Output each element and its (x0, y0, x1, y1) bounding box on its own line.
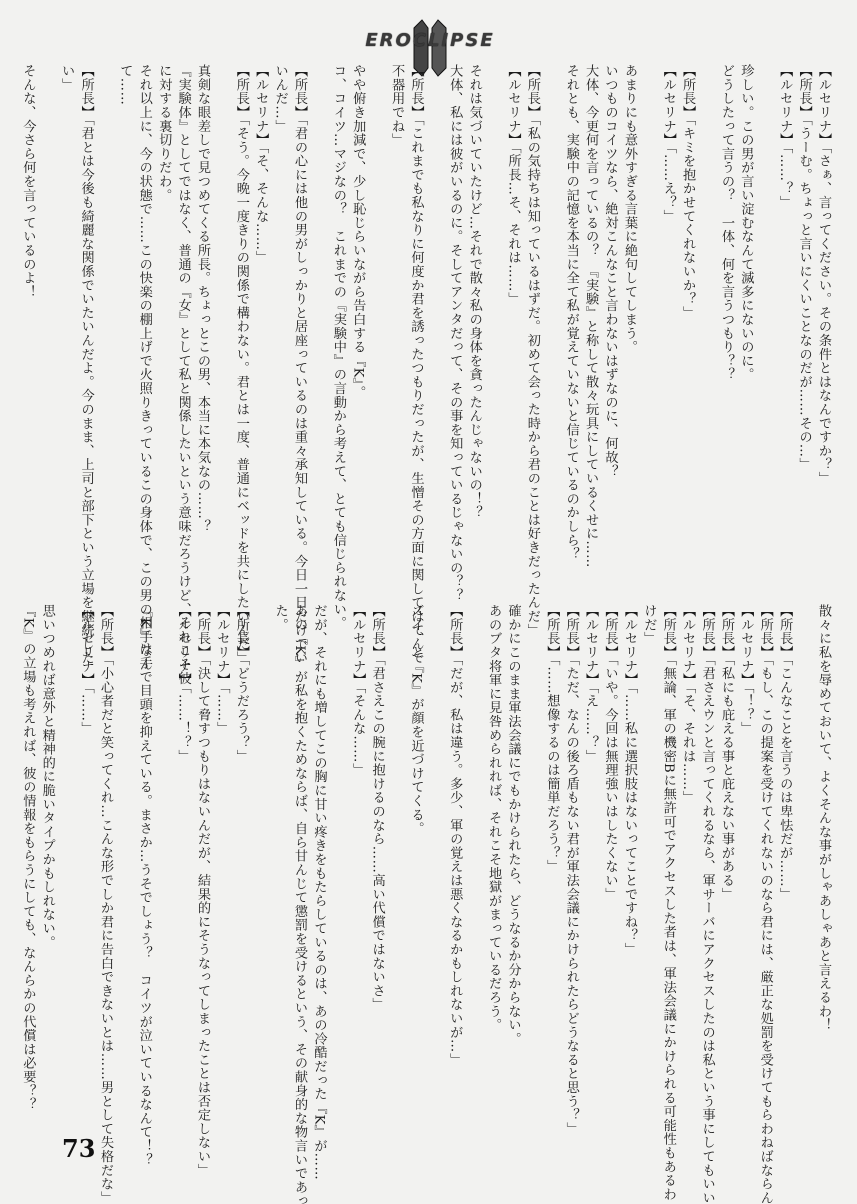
text-line: 不器用でね」 (387, 64, 406, 584)
text-line: 珍しい。この男が言い淀むなんて滅多にないのに。 (736, 64, 755, 584)
text-line: 『実験体』としてではなく、普通の『女』として私と関係したいという意味だろうけど、… (173, 64, 192, 584)
text-line (57, 604, 76, 1144)
text-line: 【ルセリナ】「そんな……」 (348, 604, 367, 1144)
text-line: て…… (115, 64, 134, 584)
text-line: 【ルセリナ】「そ、そんな……」 (251, 64, 270, 584)
page-number: 73 (62, 1134, 95, 1163)
text-line (37, 64, 56, 584)
text-line (425, 604, 444, 1144)
text-line: 【所長】「君の心には他の男がしっかりと居座っているのは重々承知している。今日一日… (290, 64, 309, 584)
text-line (96, 64, 115, 584)
text-line: 『K』の立場も考えれば、彼の情報をもらうにしても、なんらかの代償は必要？？ (18, 604, 37, 1144)
text-line: だが、それにも増してこの胸に甘い疼きをもたらしているのは、あの冷酷だった『K』が… (309, 604, 328, 1144)
text-line: 【所長】「どうだろう？」 (231, 604, 250, 1144)
text-line: いつものコイツなら、絶対こんなこと言わないはずなのに、何故？ (600, 64, 619, 584)
text-line: 【所長】「私の気持ちは知っているはずだ。初めて会った時から君のことは好きだったん… (523, 64, 542, 584)
text-line: 【ルセリナ】「……え？」 (658, 64, 677, 584)
text-line (523, 604, 542, 1144)
text-line: 【所長】「……想像するのは簡単だろう？」 (542, 604, 561, 1144)
text-line: それとも、実験中の記憶を本当に全て私が覚えていないと信じているのかしら？ (561, 64, 580, 584)
text-line: どうしたって言うの？ 一体、何を言うつもり？？ (717, 64, 736, 584)
text-line: 【ルセリナ】「……」 (76, 604, 95, 1144)
text-line: 【所長】「もし、この提案を受けてくれないのなら君には、厳正な処罰を受けてもらわね… (755, 604, 774, 1144)
text-line: 【ルセリナ】「……」 (212, 604, 231, 1144)
text-line (484, 64, 503, 584)
text-line: 【所長】「無論、軍の機密Bに無許可でアクセスした者は、軍法会議にかけられる可能性… (658, 604, 677, 1144)
text-line (367, 64, 386, 584)
text-line: 『K』は手で目頭を抑えている。まさか…うそでしょう？ コイツが泣いているなんて！… (134, 604, 153, 1144)
text-line: 【ルセリナ】「そ、それは……」 (678, 604, 697, 1144)
top-text-block: 【ルセリナ】「さぁ、言ってください。その条件とはなんですか？」【所長】「うーむ。… (18, 64, 833, 584)
text-line (542, 64, 561, 584)
text-line: 【ルセリナ】「……！？」 (173, 604, 192, 1144)
text-line: それ以上に、今の状態で……この快楽の棚上げで火照りきっているこの身体で、この男の… (134, 64, 153, 584)
text-line: 【ルセリナ】「え……？」 (581, 604, 600, 1144)
text-line: いんだ…」 (270, 64, 289, 584)
text-line: 【ルセリナ】「！？」 (736, 604, 755, 1144)
text-line: 【所長】「私にも庇える事と庇えない事がある」 (717, 604, 736, 1144)
text-line: 【所長】「キミを抱かせてくれないか？」 (678, 64, 697, 584)
text-line (212, 64, 231, 584)
text-line: 大体、今更何を言っているの？ 『実験』と称して散々玩具にしているくせに…… (581, 64, 600, 584)
text-line: コ、コイツ…マジなの？ これまでの『実験中』の言動から考えて、とても信じられない… (328, 64, 347, 584)
text-line: 【所長】「いや。今回は無理強いはしたくない」 (600, 604, 619, 1144)
text-line: けだ」 (639, 604, 658, 1144)
text-line (697, 64, 716, 584)
text-line (251, 604, 270, 1144)
text-line: 【所長】「こんなことを言うのは卑怯だが……」 (775, 604, 794, 1144)
text-line (115, 604, 134, 1144)
text-line (387, 604, 406, 1144)
text-line: 【所長】「君さえこの腕に抱けるのなら……高い代償ではないさ」 (367, 604, 386, 1144)
text-line: 【所長】「小心者だと笑ってくれ…こんな形でしか君に告白できないとは……男として失… (96, 604, 115, 1144)
text-line: い」 (57, 64, 76, 584)
eroclipse-logo: EROCLIPSE (350, 18, 510, 66)
text-line: た。 (270, 604, 289, 1144)
text-line: 【所長】「うーむ。ちょっと言いにくいことなのだが……その…」 (794, 64, 813, 584)
text-line (464, 604, 483, 1144)
text-line: 【ルセリナ】「所長…そ、それは……」 (503, 64, 522, 584)
text-line: 【ルセリナ】「……？」 (775, 64, 794, 584)
text-line (154, 604, 173, 1144)
text-line: 【所長】「君とは今後も綺麗な関係でいたいんだよ。今のまま、上司と部下という立場を… (76, 64, 95, 584)
text-line: やや俯き加減で、少し恥じらいながら告白する『K』。 (348, 64, 367, 584)
text-line: 【所長】「だが、私は違う。多少、軍の覚えは悪くなるかもしれないが…」 (445, 604, 464, 1144)
text-line: 【所長】「君さえウンと言ってくれるなら、軍サーバにアクセスしたのは私という事にし… (697, 604, 716, 1144)
text-line: 真剣な眼差しで見つめてくる所長。ちょっとこの男、本当に本気なの……？ (193, 64, 212, 584)
text-line: 【所長】「これまでも私なりに何度か君を誘ったつもりだったが、生憎その方面に関して… (406, 64, 425, 584)
text-line: 【ルセリナ】「……私に選択肢はないってことですね？」 (620, 604, 639, 1144)
text-line (309, 64, 328, 584)
text-line: 確かにこのまま軍法会議にでもかけられたら、どうなるか分からない。 (503, 604, 522, 1144)
text-line (794, 604, 813, 1144)
text-line: 【所長】「決して脅すつもりはないんだが、結果的にそうなってしまったことは否定しな… (193, 604, 212, 1144)
text-line: それは気づいていたけど…それで散々私の身体を貪ったんじゃないの！？ (464, 64, 483, 584)
text-line: あのブタ将軍に見咎められれば、それこそ地獄がまっているだろう。 (484, 604, 503, 1144)
text-line (639, 64, 658, 584)
text-line: 大体、私には彼がいるのに。そしてアンタだって、その事を知っているじゃないの？？ (445, 64, 464, 584)
logo-text: EROCLIPSE (350, 30, 510, 51)
text-line: あまりにも意外すぎる言葉に絶句してしまう。 (620, 64, 639, 584)
text-line: 【ルセリナ】「さぁ、言ってください。その条件とはなんですか？」 (814, 64, 833, 584)
text-line (328, 604, 347, 1144)
text-line: 散々に私を辱めておいて、よくそんな事がしゃあしゃあと言えるわ！ (814, 604, 833, 1144)
text-line (755, 64, 774, 584)
text-line: あの『K』が私を抱くためならば、自ら甘んじて懲罰を受けるという、その献身的な物言… (290, 604, 309, 1144)
text-line: に対する裏切りだわ。 (154, 64, 173, 584)
text-line: 思いつめれば意外と精神的に脆いタイプかもしれない。 (37, 604, 56, 1144)
text-line: 【所長】「そう。今晩一度きりの関係で構わない。君とは一度、普通にベッドを共にした… (231, 64, 250, 584)
text-line: そんな、今さら何を言っているのよ！ (18, 64, 37, 584)
text-line: ズイ、と『K』が顔を近づけてくる。 (406, 604, 425, 1144)
text-line: 【所長】「ただ、なんの後ろ盾もない君が軍法会議にかけられたらどうなると思う？」 (561, 604, 580, 1144)
text-line (425, 64, 444, 584)
bottom-text-block: 散々に私を辱めておいて、よくそんな事がしゃあしゃあと言えるわ！ 【所長】「こんな… (18, 604, 833, 1144)
